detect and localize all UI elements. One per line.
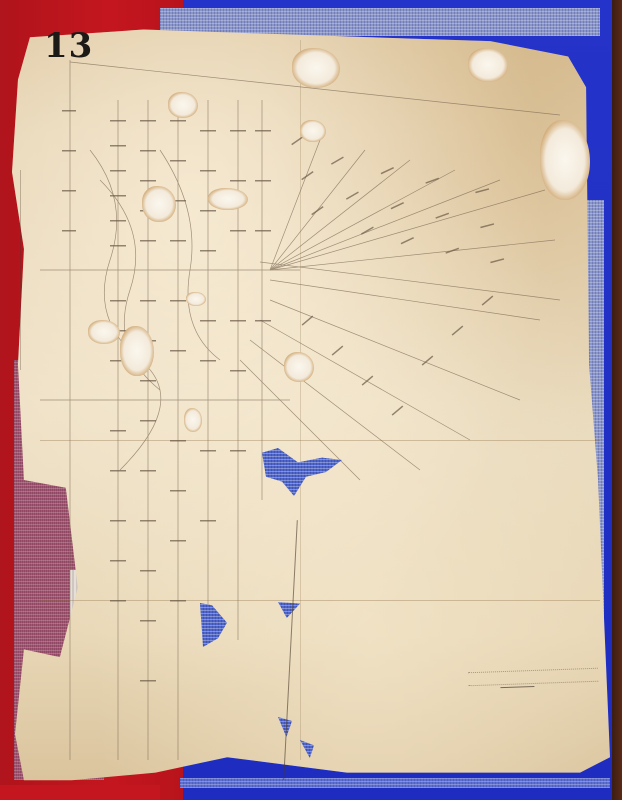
water-stain — [300, 120, 326, 142]
water-stain — [540, 120, 590, 200]
note-line-2: illegible handwritten annotation — [468, 673, 598, 687]
water-stain — [88, 320, 120, 344]
water-stain — [468, 48, 508, 82]
water-stain — [186, 292, 206, 306]
handwritten-note: illegible handwritten annotation illegib… — [468, 660, 599, 690]
water-stain — [142, 186, 176, 222]
water-stain — [184, 408, 202, 432]
water-stain — [208, 188, 248, 210]
sheet-number: 13 — [44, 26, 93, 66]
water-stain — [284, 352, 314, 382]
water-stain — [120, 326, 154, 376]
paper-crack — [20, 170, 21, 370]
water-stain — [168, 92, 198, 118]
water-stain — [292, 48, 340, 88]
